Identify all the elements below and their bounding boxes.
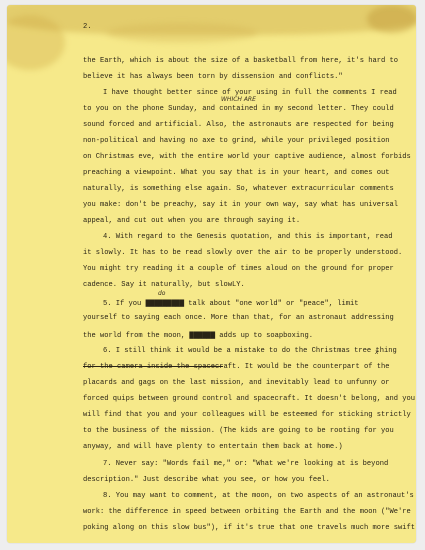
page-number: 2. <box>83 23 92 31</box>
text-line: 8. You may want to comment, at the moon,… <box>83 492 414 500</box>
text-line: to you on the phone Sunday, and containe… <box>83 105 394 113</box>
handwritten-insertion: do <box>158 290 165 297</box>
text-line: the world from the moon, ▇▇▇▇▇▇ adds up … <box>83 330 313 340</box>
strikethrough-mark <box>83 366 223 367</box>
text-line: appeal, and cut out when you are through… <box>83 217 300 225</box>
text-line: non-political and having no axe to grind… <box>83 137 390 145</box>
text-line: 5. If you ▇▇▇▇▇▇▇▇▇ talk about "one worl… <box>83 298 359 308</box>
text-line: forced quips between ground control and … <box>83 395 415 403</box>
text-line: believe it has always been torn by disse… <box>83 73 343 81</box>
text-line: the Earth, which is about the size of a … <box>83 57 398 65</box>
text-line: for the camera inside the spacecraft. It… <box>83 363 390 371</box>
handwritten-mark: x <box>375 349 379 356</box>
text-line: placards and gags on the last mission, a… <box>83 379 390 387</box>
text-line: sound forced and artificial. Also, the a… <box>83 121 394 129</box>
text-line: will find that you and your colleagues w… <box>83 411 411 419</box>
handwritten-insertion: WHICH ARE <box>221 96 256 103</box>
text-line: cadence. Say it naturally, but slowLY. <box>83 281 245 289</box>
text-line: naturally, is something else again. So, … <box>83 185 394 193</box>
document-page: 2. the Earth, which is about the size of… <box>7 5 416 543</box>
text-line: to the business of the mission. (The kid… <box>83 427 394 435</box>
text-line: work: the difference in speed between or… <box>83 508 411 516</box>
text-line: you make: don't be preachy, say it in yo… <box>83 201 398 209</box>
text-line: 6. I still think it would be a mistake t… <box>83 347 397 355</box>
text-line: yourself to saying each once. More than … <box>83 314 394 322</box>
text-line: anyway, and will have plenty to entertai… <box>83 443 343 451</box>
text-line: 4. With regard to the Genesis quotation,… <box>83 233 392 241</box>
text-line: poking along on this slow bus"), if it's… <box>83 524 416 532</box>
text-line: on Christmas eve, with the entire world … <box>83 153 411 161</box>
text-line: it slowly. It has to be read slowly over… <box>83 249 402 257</box>
text-line: description." Just describe what you see… <box>83 476 330 484</box>
text-line: 7. Never say: "Words fail me," or: "What… <box>83 460 388 468</box>
text-line: preaching a viewpoint. What you say that… <box>83 169 390 177</box>
water-stain <box>367 5 416 33</box>
text-line: You might try reading it a couple of tim… <box>83 265 394 273</box>
water-stain <box>107 23 257 43</box>
